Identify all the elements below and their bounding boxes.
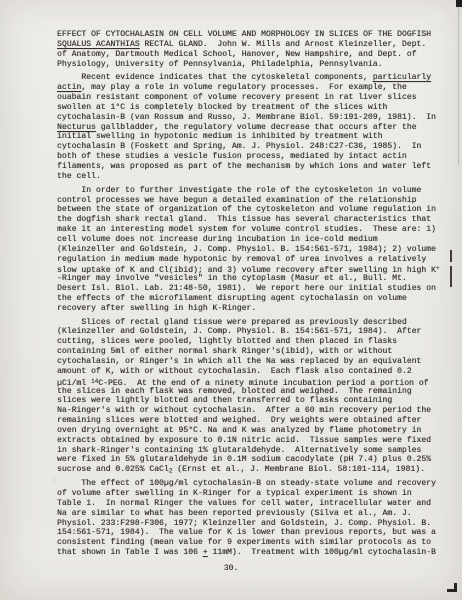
text-line: cytochalasin B (Foskett and Spring, Am. … [57,142,455,152]
text-line: between the state of organization of the… [57,205,455,215]
text-line: remaining slices were blotted and weighe… [57,416,455,426]
scanned-abstract-page: EFFECT OF CYTOCHALASIN ON CELL VOLUME AN… [0,0,462,600]
text-line: In order to further investigate the role… [57,186,455,196]
text-line: SQUALUS ACANTHIAS RECTAL GLAND. John W. … [57,40,455,50]
text-line: Na-Ringer's with or without cytochalasin… [57,406,455,416]
text-line: Desert Isl. Biol. Lab. 21:48-50, 1981). … [57,284,455,294]
text-line: (Kleinzeller and Goldstein, J. Comp. Phy… [57,245,455,255]
title-block: EFFECT OF CYTOCHALASIN ON CELL VOLUME AN… [57,30,455,69]
text-line: -Ringer may involve "vesicles" in the cy… [57,274,455,284]
text-line: slow uptake of K and Cl(ibid); and 3) vo… [57,264,455,274]
text-line: µCi/ml 14C-PEG. At the end of a ninety m… [57,377,455,387]
text-line: Na are similar to what has been reported… [57,509,455,519]
text-line: The effect of 100µg/ml cytochalasin-B on… [57,479,455,489]
scan-artifact-right-edge-line [458,5,460,165]
text-line: filaments, was proposed as part of the m… [57,162,455,172]
paragraph-3: Slices of rectal gland tissue were prepa… [57,318,455,476]
paragraph-1: Recent evidence indicates that the cytos… [57,73,455,181]
text-line: control processes we have begun a detail… [57,196,455,206]
text-line: oven drying overnight at 95°C. Na and K … [57,426,455,436]
text-line: Physiology, University of Pennsylvania, … [57,60,455,70]
text-line: (Kleinzeller and Goldstein, J. Comp. Phy… [57,327,455,337]
text-line: were fixed in 5% glutaraldehyde in 0.1M … [57,455,455,465]
text-line: actin, may play a role in volume regulat… [57,83,455,93]
text-line: cytochalasin-B (van Rossum and Russo, J.… [57,113,455,123]
text-line: 154:561-571, 1984). The value for K is l… [57,528,455,538]
text-line: the dogfish shark rectal gland. This tis… [57,215,455,225]
text-line: that shown in Table I was 106 + 11mM). T… [57,548,455,558]
text-line: EFFECT OF CYTOCHALASIN ON CELL VOLUME AN… [57,30,455,40]
text-line: consistent finding (mean value for 9 exp… [57,538,455,548]
text-line: cell volume does not increase during inc… [57,235,455,245]
scan-artifact-bottom-right-mark-2 [454,583,457,592]
scan-artifact-margin-tick-1 [450,250,452,262]
text-line: make it an interesting model system for … [57,225,455,235]
text-line: Necturus gallbladder, the regulatory vol… [57,123,455,133]
text-line: in shark-Ringer's containing 1% glutaral… [57,446,455,456]
text-line: the slices in each flask was removed, bl… [57,387,455,397]
text-line: Recent evidence indicates that the cytos… [57,73,455,83]
text-line: extracts obtained by exposure to 0.1N ni… [57,436,455,446]
text-line: of volume after swelling in K-Ringer for… [57,489,455,499]
text-line: slices were lightly blotted and then tra… [57,396,455,406]
text-line: regulation in medium made hypotonic by r… [57,255,455,265]
text-line: cutting, slices were pooled, lightly blo… [57,337,455,347]
text-line: amount of K, with or without cytochalasi… [57,367,455,377]
text-line: the effects of the microfilament disrupt… [57,294,455,304]
text-line: swollen at 1°C is completely blocked by … [57,103,455,113]
text-line: the cell. [57,172,455,182]
paragraph-4: The effect of 100µg/ml cytochalasin-B on… [57,479,455,558]
text-line: Table 1. In normal Ringer the values for… [57,499,455,509]
paragraph-2: In order to further investigate the role… [57,186,455,314]
text-line: Slices of rectal gland tissue were prepa… [57,318,455,328]
text-line: recovery after swelling in high K-Ringer… [57,304,455,314]
scan-artifact-margin-tick-2 [450,266,452,287]
text-line: initial swelling in hypotonic medium is … [57,132,455,142]
text-line: Physiol. 233:F298-F306, 1977; Kleinzelle… [57,519,455,529]
text-line: both of these studies a vesicle fusion p… [57,152,455,162]
text-line: cytochalasin, or Ringer's in which all t… [57,357,455,367]
text-line: containing 5ml of either normal shark Ri… [57,347,455,357]
page-number: 30. [0,564,462,573]
text-line: ouabain resistant component of volume re… [57,93,455,103]
text-line: of Anatomy, Dartmouth Medical School, Ha… [57,50,455,60]
text-line: sucrose and 0.025% CaCl2 (Ernst et al., … [57,465,455,475]
text-blocks: EFFECT OF CYTOCHALASIN ON CELL VOLUME AN… [57,30,455,562]
